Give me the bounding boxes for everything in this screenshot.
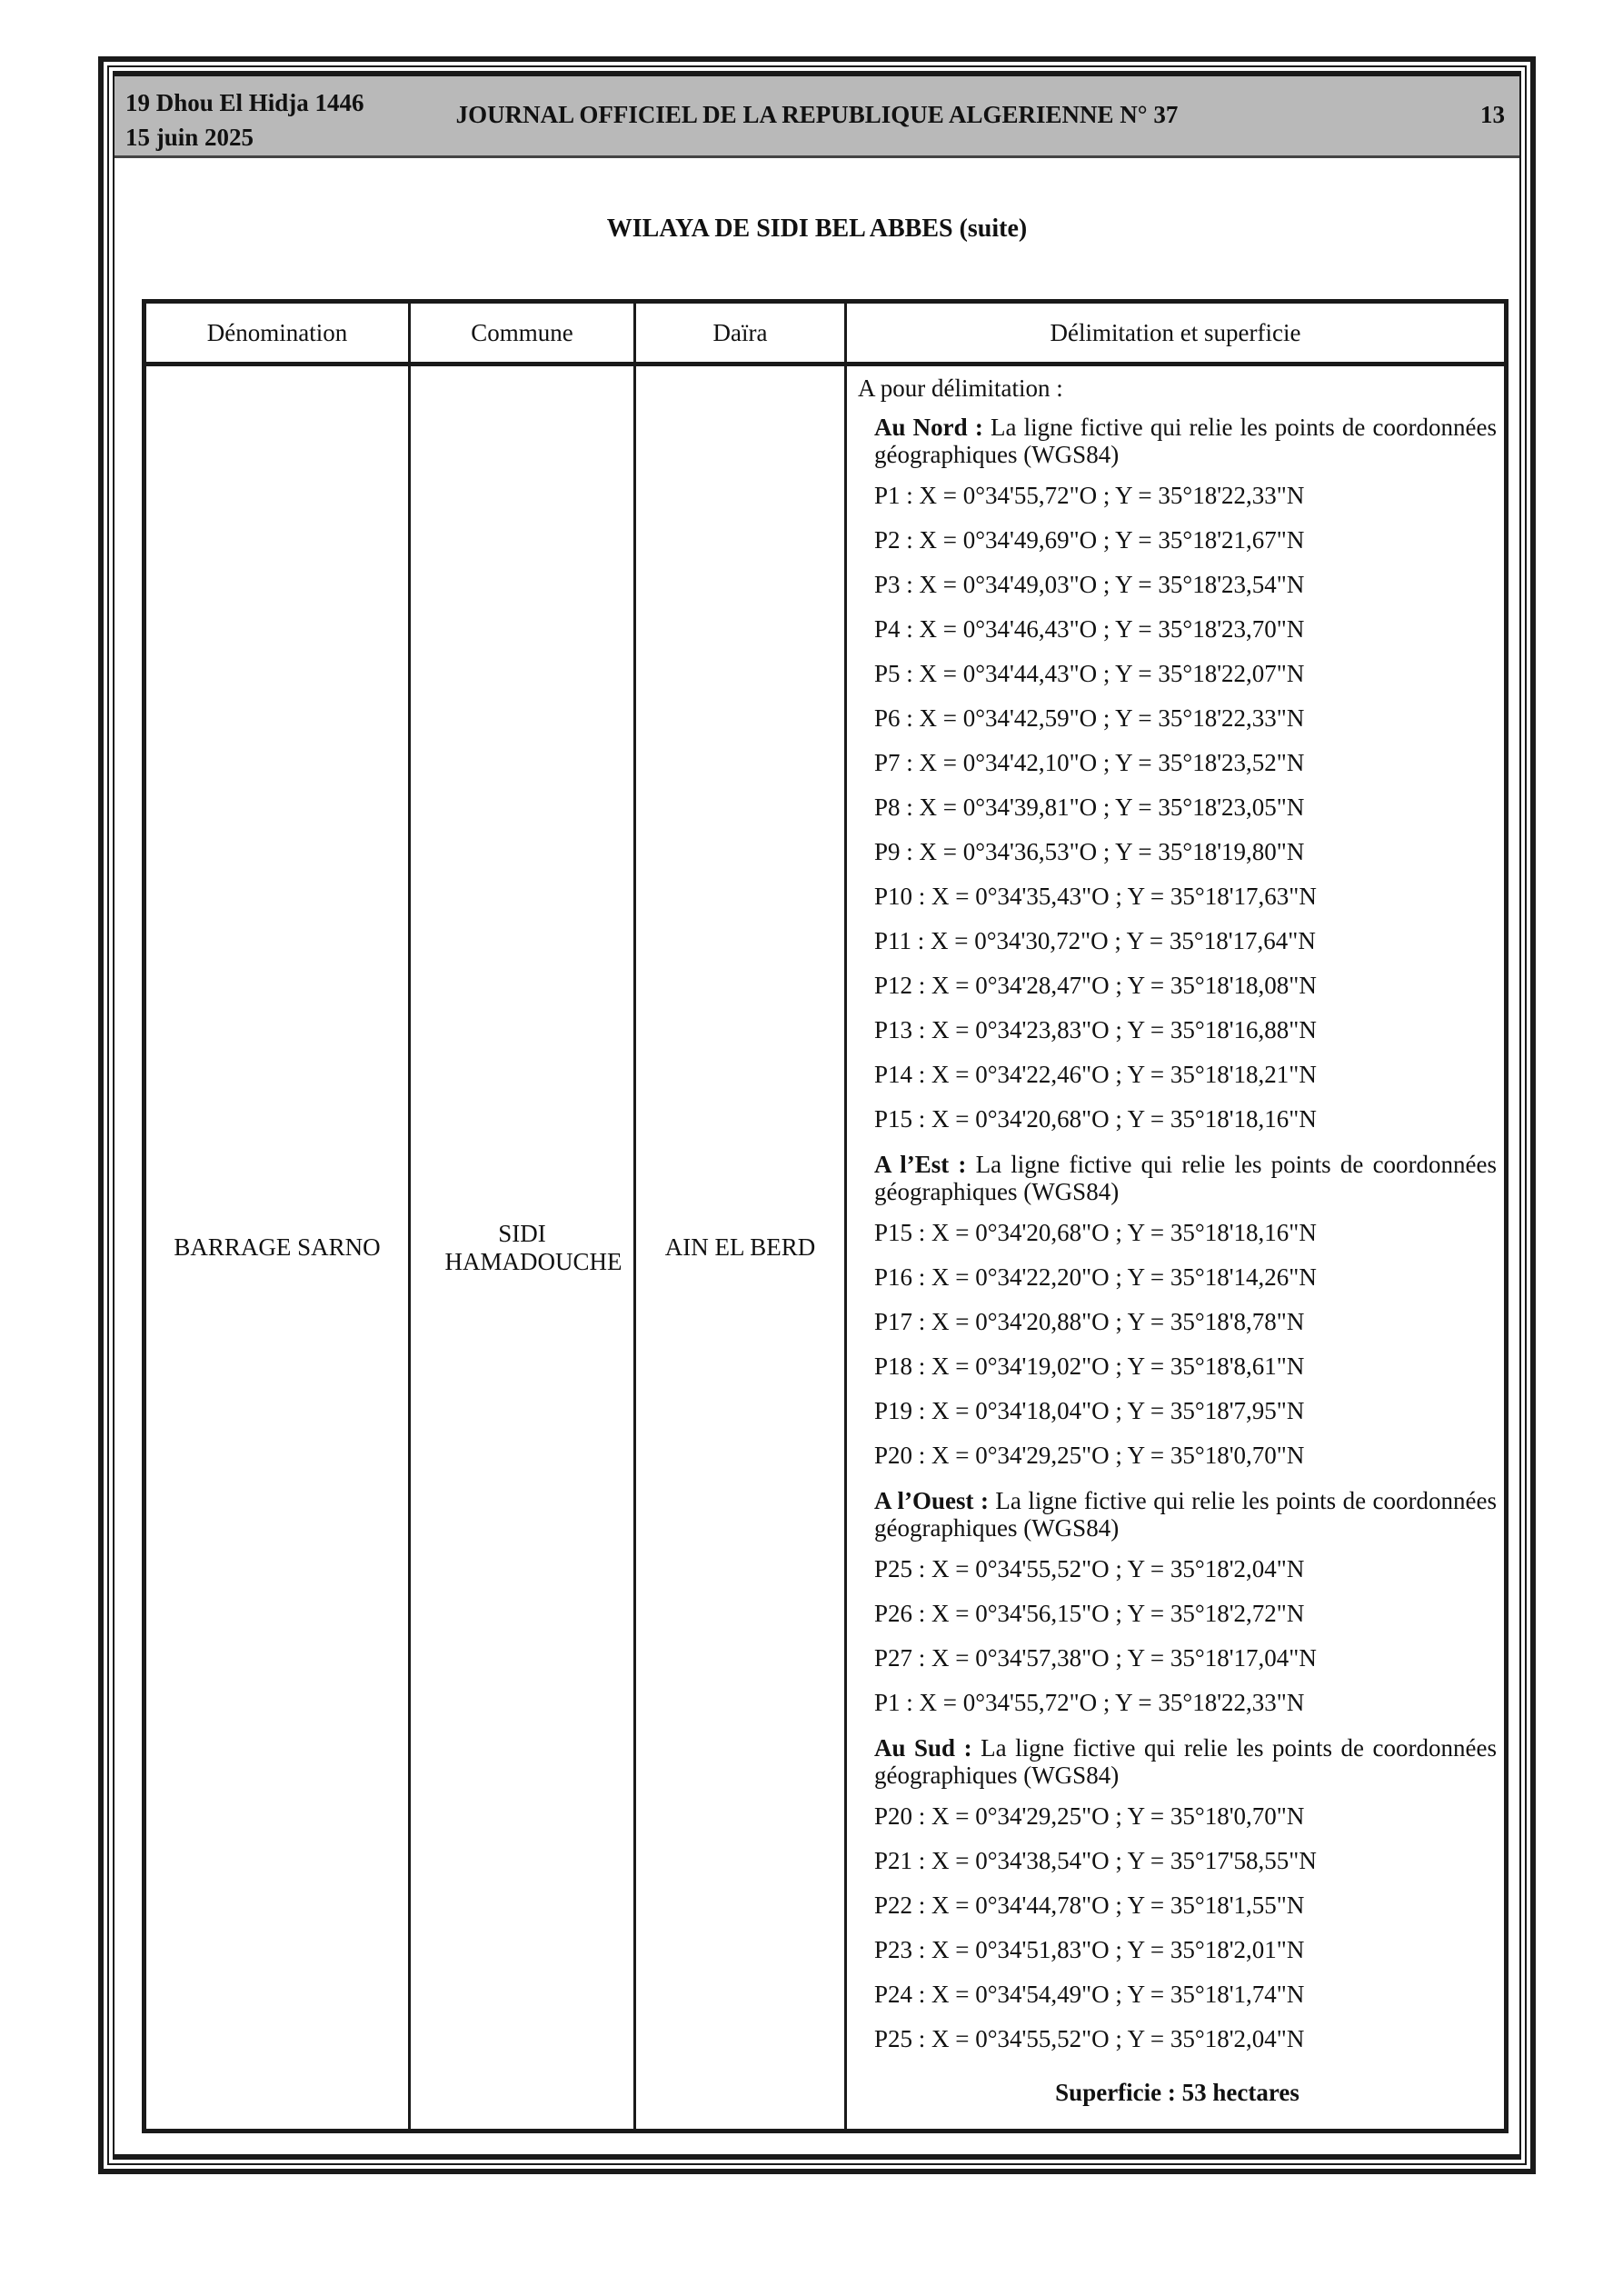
cell-delimitation: A pour délimitation : Au Nord : La ligne…: [846, 364, 1507, 2131]
coordinate-point: P25 : X = 0°34'55,52"O ; Y = 35°18'2,04"…: [858, 1547, 1497, 1592]
column-header-commune: Commune: [410, 302, 635, 364]
coordinate-point: P15 : X = 0°34'20,68"O ; Y = 35°18'18,16…: [858, 1097, 1497, 1142]
coordinate-point: P2 : X = 0°34'49,69"O ; Y = 35°18'21,67"…: [858, 518, 1497, 563]
coordinate-point: P6 : X = 0°34'42,59"O ; Y = 35°18'22,33"…: [858, 696, 1497, 741]
delimitation-table: Dénomination Commune Daïra Délimitation …: [142, 299, 1508, 2133]
coordinate-point: P13 : X = 0°34'23,83"O ; Y = 35°18'16,88…: [858, 1008, 1497, 1053]
coordinate-point: P26 : X = 0°34'56,15"O ; Y = 35°18'2,72"…: [858, 1592, 1497, 1636]
coordinate-point: P8 : X = 0°34'39,81"O ; Y = 35°18'23,05"…: [858, 785, 1497, 830]
delimitation-intro: A pour délimitation :: [858, 372, 1497, 404]
journal-title: JOURNAL OFFICIEL DE LA REPUBLIQUE ALGERI…: [115, 101, 1519, 129]
coordinate-point: P27 : X = 0°34'57,38"O ; Y = 35°18'17,04…: [858, 1636, 1497, 1681]
column-header-daira: Daïra: [635, 302, 846, 364]
page-frame: 19 Dhou El Hidja 1446 15 juin 2025 JOURN…: [98, 56, 1536, 2174]
coordinate-point: P12 : X = 0°34'28,47"O ; Y = 35°18'18,08…: [858, 963, 1497, 1008]
side-heading: Au Nord : La ligne fictive qui relie les…: [858, 414, 1497, 468]
table-row: BARRAGE SARNO SIDI HAMADOUCHE AIN EL BER…: [144, 364, 1507, 2131]
coordinate-point: P14 : X = 0°34'22,46"O ; Y = 35°18'18,21…: [858, 1053, 1497, 1097]
coordinate-point: P7 : X = 0°34'42,10"O ; Y = 35°18'23,52"…: [858, 741, 1497, 785]
side-label: Au Sud :: [874, 1734, 972, 1762]
coordinate-point: P10 : X = 0°34'35,43"O ; Y = 35°18'17,63…: [858, 874, 1497, 919]
side-description: La ligne fictive qui relie les points de…: [874, 1151, 1497, 1205]
coordinate-point: P24 : X = 0°34'54,49"O ; Y = 35°18'1,74"…: [858, 1972, 1497, 2017]
superficie: Superficie : 53 hectares: [858, 2074, 1497, 2111]
coordinate-point: P17 : X = 0°34'20,88"O ; Y = 35°18'8,78"…: [858, 1300, 1497, 1344]
table-header-row: Dénomination Commune Daïra Délimitation …: [144, 302, 1507, 364]
page-content: 19 Dhou El Hidja 1446 15 juin 2025 JOURN…: [113, 71, 1521, 2160]
page-frame-inner: 19 Dhou El Hidja 1446 15 juin 2025 JOURN…: [107, 65, 1527, 2165]
section-title: WILAYA DE SIDI BEL ABBES (suite): [115, 215, 1519, 244]
coordinate-point: P5 : X = 0°34'44,43"O ; Y = 35°18'22,07"…: [858, 652, 1497, 696]
coordinate-point: P23 : X = 0°34'51,83"O ; Y = 35°18'2,01"…: [858, 1928, 1497, 1972]
coordinate-point: P21 : X = 0°34'38,54"O ; Y = 35°17'58,55…: [858, 1839, 1497, 1883]
delimitation-sides: Au Nord : La ligne fictive qui relie les…: [858, 414, 1497, 2061]
coordinate-point: P19 : X = 0°34'18,04"O ; Y = 35°18'7,95"…: [858, 1389, 1497, 1433]
coordinate-point: P1 : X = 0°34'55,72"O ; Y = 35°18'22,33"…: [858, 1681, 1497, 1725]
coordinate-point: P18 : X = 0°34'19,02"O ; Y = 35°18'8,61"…: [858, 1344, 1497, 1389]
side-label: A l’Ouest :: [874, 1487, 989, 1514]
side-label: Au Nord :: [874, 414, 983, 441]
cell-denomination: BARRAGE SARNO: [144, 364, 410, 2131]
cell-daira: AIN EL BERD: [635, 364, 846, 2131]
side-heading: Au Sud : La ligne fictive qui relie les …: [858, 1734, 1497, 1789]
coordinate-point: P16 : X = 0°34'22,20"O ; Y = 35°18'14,26…: [858, 1255, 1497, 1300]
cell-commune: SIDI HAMADOUCHE: [410, 364, 635, 2131]
coordinate-point: P20 : X = 0°34'29,25"O ; Y = 35°18'0,70"…: [858, 1794, 1497, 1839]
coordinate-point: P20 : X = 0°34'29,25"O ; Y = 35°18'0,70"…: [858, 1433, 1497, 1478]
coordinate-point: P25 : X = 0°34'55,52"O ; Y = 35°18'2,04"…: [858, 2017, 1497, 2061]
coordinate-point: P4 : X = 0°34'46,43"O ; Y = 35°18'23,70"…: [858, 607, 1497, 652]
side-heading: A l’Ouest : La ligne fictive qui relie l…: [858, 1487, 1497, 1542]
side-label: A l’Est :: [874, 1151, 966, 1178]
coordinate-point: P3 : X = 0°34'49,03"O ; Y = 35°18'23,54"…: [858, 563, 1497, 607]
coordinate-point: P9 : X = 0°34'36,53"O ; Y = 35°18'19,80"…: [858, 830, 1497, 874]
coordinate-point: P22 : X = 0°34'44,78"O ; Y = 35°18'1,55"…: [858, 1883, 1497, 1928]
column-header-denomination: Dénomination: [144, 302, 410, 364]
coordinate-point: P15 : X = 0°34'20,68"O ; Y = 35°18'18,16…: [858, 1211, 1497, 1255]
journal-header: 19 Dhou El Hidja 1446 15 juin 2025 JOURN…: [115, 76, 1519, 158]
column-header-delimitation: Délimitation et superficie: [846, 302, 1507, 364]
coordinate-point: P11 : X = 0°34'30,72"O ; Y = 35°18'17,64…: [858, 919, 1497, 963]
coordinate-point: P1 : X = 0°34'55,72"O ; Y = 35°18'22,33"…: [858, 474, 1497, 518]
commune-name: SIDI HAMADOUCHE: [445, 1220, 600, 1276]
side-heading: A l’Est : La ligne fictive qui relie les…: [858, 1151, 1497, 1205]
page-number: 13: [1480, 101, 1505, 129]
